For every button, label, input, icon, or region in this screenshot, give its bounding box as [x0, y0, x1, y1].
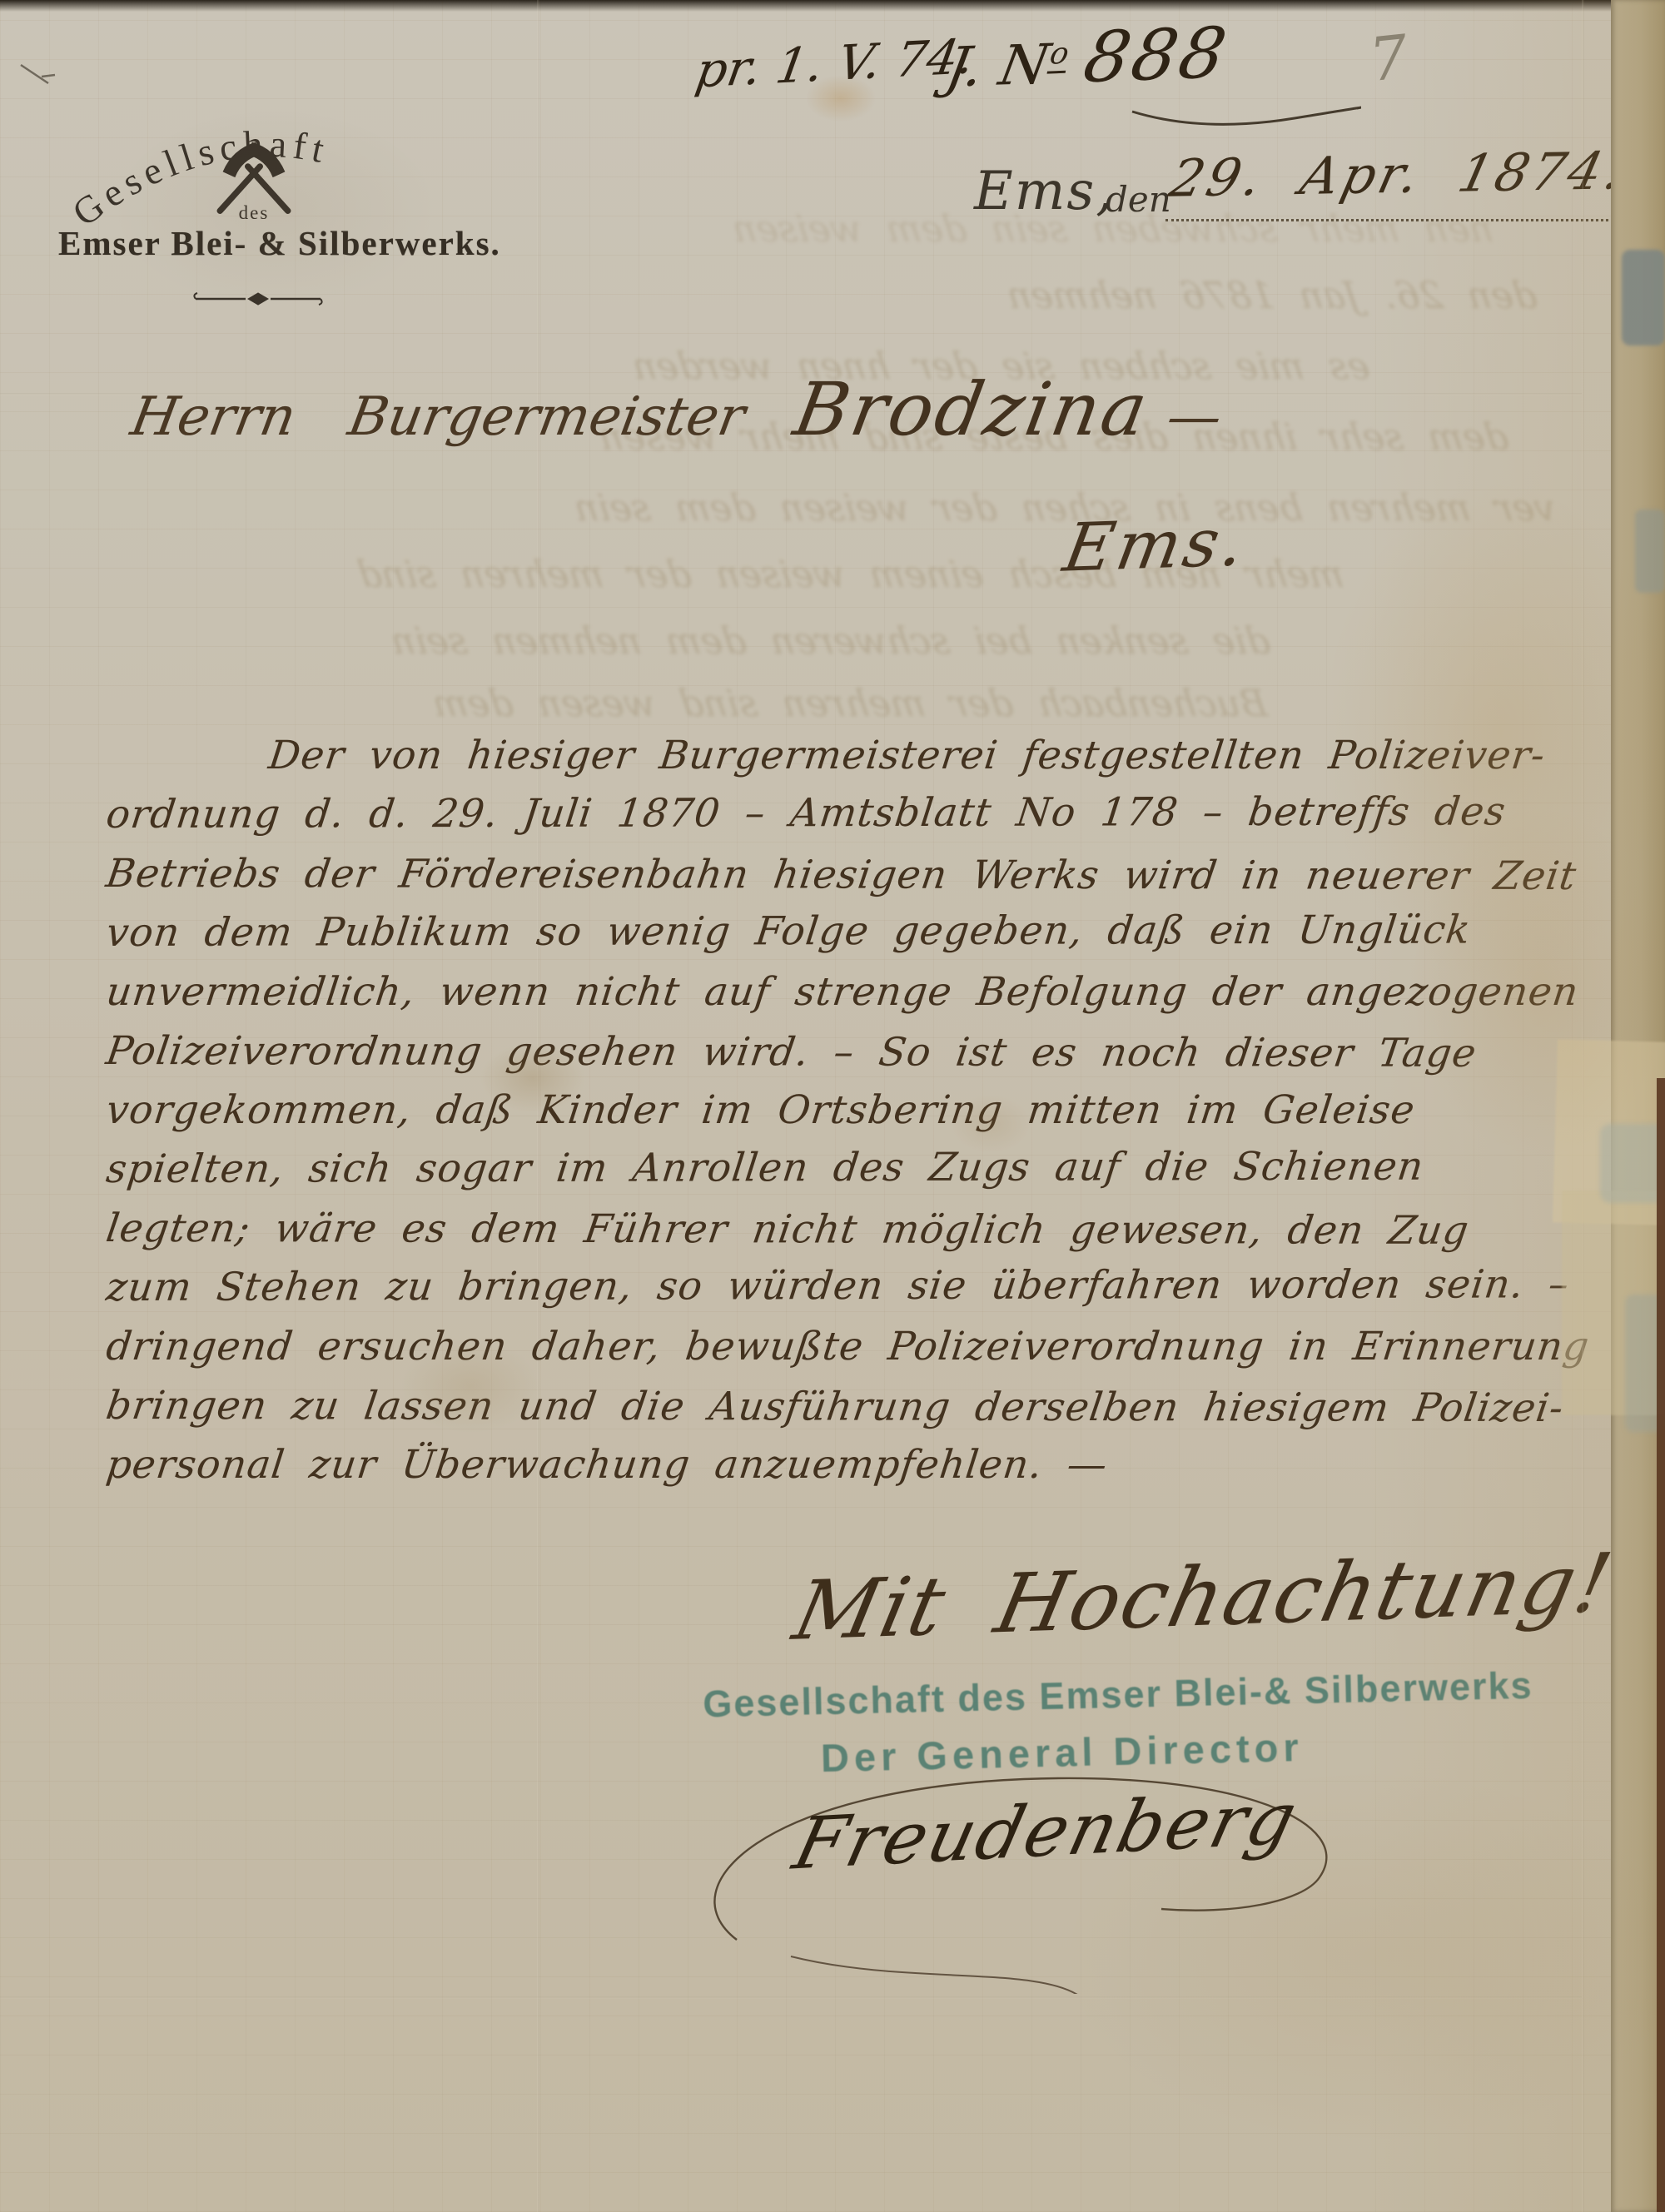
damage-patch-gray	[1635, 510, 1665, 593]
body-line: unvermeidlich, wenn nicht auf strenge Be…	[103, 962, 1601, 1021]
horizontal-fold-crease	[0, 1996, 1582, 1999]
recipient-dash: —	[1162, 386, 1226, 448]
body-line: von dem Publikum so wenig Folge gegeben,…	[103, 900, 1601, 962]
dark-scan-edge-right	[1657, 1078, 1665, 2212]
dateline-dotted-rule	[1165, 219, 1619, 221]
body-line: personal zur Überwachung anzuempfehlen. …	[103, 1435, 1601, 1494]
letter-body: Der von hiesiger Burgermeisterei festges…	[107, 726, 1597, 1494]
journal-underline-flourish	[1128, 102, 1361, 135]
dateline: Ems, den 29. Apr. 1874.	[974, 154, 1607, 246]
body-line: dringend ersuchen daher, bewußte Polizei…	[103, 1317, 1601, 1376]
bleedthrough-line: die senken bei schweren dem nehmen sein	[388, 620, 1272, 663]
recipient-salutation: Herrn	[127, 386, 301, 448]
signature-block: Freudenberg	[691, 1744, 1407, 1994]
bleedthrough-line: Buchenbach der mehren sind wesen dem	[430, 683, 1270, 725]
recipient-block: Herrn Burgermeister Brodzina —	[133, 366, 1382, 452]
dateline-place-printed: Ems,	[974, 161, 1115, 222]
letterhead-des: des	[58, 202, 450, 224]
letterhead-company: Emser Blei- & Silberwerks.	[58, 223, 450, 263]
body-line: vorgekommen, daß Kinder im Ortsbering mi…	[103, 1081, 1601, 1140]
under-sheet-edge	[1611, 0, 1665, 2212]
letterhead-ornament	[191, 288, 325, 310]
body-line: Betriebs der Fördereisenbahn hiesigen We…	[102, 844, 1601, 906]
journal-number-annotation: J. No 888	[949, 17, 1226, 98]
body-line: zum Stehen zu bringen, so würden sie übe…	[103, 1255, 1601, 1317]
recipient-name: Brodzina	[788, 366, 1156, 452]
body-line: legten; wäre es dem Führer nicht möglich…	[102, 1199, 1601, 1260]
body-line: Der von hiesiger Burgermeisterei festges…	[103, 726, 1601, 785]
journal-value: 888	[1078, 12, 1235, 98]
dateline-date-handwritten: 29. Apr. 1874.	[1164, 140, 1632, 208]
scan-top-edge	[0, 0, 1665, 12]
bleedthrough-line: ver mehren bens in schen der weisen dem …	[571, 487, 1558, 529]
body-line: Polizeiverordnung gesehen wird. – So ist…	[102, 1021, 1601, 1083]
body-line: bringen zu lassen und die Ausführung der…	[102, 1376, 1601, 1438]
signature-name: Freudenberg	[786, 1777, 1305, 1886]
closing-salute: Mit Hochachtung!	[786, 1536, 1621, 1659]
damage-patch-blue	[1622, 250, 1665, 345]
recipient-city: Ems.	[1058, 503, 1254, 587]
folio-number-pencil: 7	[1366, 22, 1411, 95]
letter-scan-page: den 26. Jan 1876 nehmen es mie schben si…	[0, 0, 1665, 2212]
journal-label: J. N	[942, 32, 1055, 100]
received-annotation: pr. 1. V. 74.	[692, 27, 978, 98]
recipient-title: Burgermeister	[344, 386, 749, 448]
tape-shine	[1600, 1124, 1665, 1203]
dateline-den-printed: den	[1106, 179, 1171, 220]
stamp-line1: Gesellschaft des Emser Blei-& Silberwerk…	[703, 1664, 1533, 1727]
letterhead: Gesellschaft des Emser Blei- & Silberwer…	[58, 92, 450, 325]
body-line: spielten, sich sogar im Anrollen des Zug…	[103, 1136, 1601, 1199]
tape-shine	[1625, 1295, 1665, 1432]
bleedthrough-line: den 26. Jan 1876 nehmen	[1004, 275, 1539, 317]
body-line: ordnung d. d. 29. Juli 1870 – Amtsblatt …	[103, 782, 1601, 844]
